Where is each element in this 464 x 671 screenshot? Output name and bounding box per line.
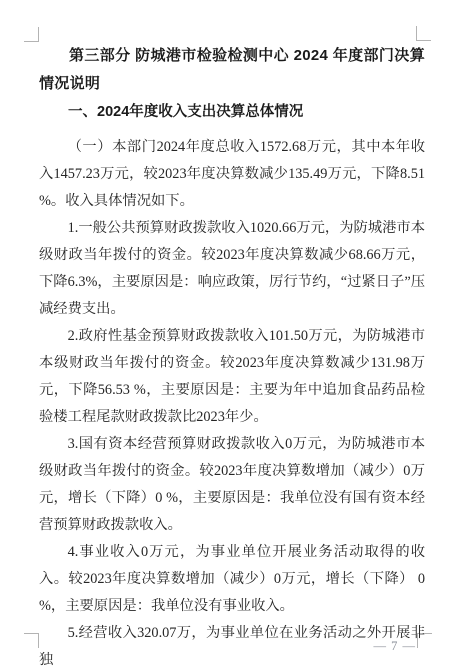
body-paragraph: 1.一般公共预算财政拨款收入1020.66万元，为防城港市本级财政当年拨付的资金…: [39, 215, 425, 323]
document-content: 第三部分 防城港市检验检测中心 2024 年度部门决算情况说明 一、2024年度…: [39, 42, 425, 671]
text-boundary-mark-top-right: [416, 26, 431, 41]
document-title: 第三部分 防城港市检验检测中心 2024 年度部门决算情况说明: [39, 42, 425, 98]
text-boundary-mark-bottom-left: [24, 633, 39, 648]
body-paragraph: 2.政府性基金预算财政拨款收入101.50万元，为防城港市本级财政当年拨付的资金…: [39, 323, 425, 431]
document-page: 第三部分 防城港市检验检测中心 2024 年度部门决算情况说明 一、2024年度…: [0, 0, 464, 671]
body-paragraph: 3.国有资本经营预算财政拨款收入0万元，为防城港市本级财政当年拨付的资金。较20…: [39, 431, 425, 539]
body-paragraph: 4.事业收入0万元，为事业单位开展业务活动取得的收入。较2023年度决算数增加（…: [39, 539, 425, 620]
text-boundary-mark-top-left: [24, 27, 39, 42]
body-paragraph: 5.经营收入320.07万，为事业单位在业务活动之外开展非独: [39, 620, 425, 671]
page-number: — 7 —: [374, 639, 417, 654]
body-paragraph: （一）本部门2024年度总收入1572.68万元，其中本年收入1457.23万元…: [39, 134, 425, 215]
section-heading: 一、2024年度收入支出决算总体情况: [39, 99, 425, 126]
